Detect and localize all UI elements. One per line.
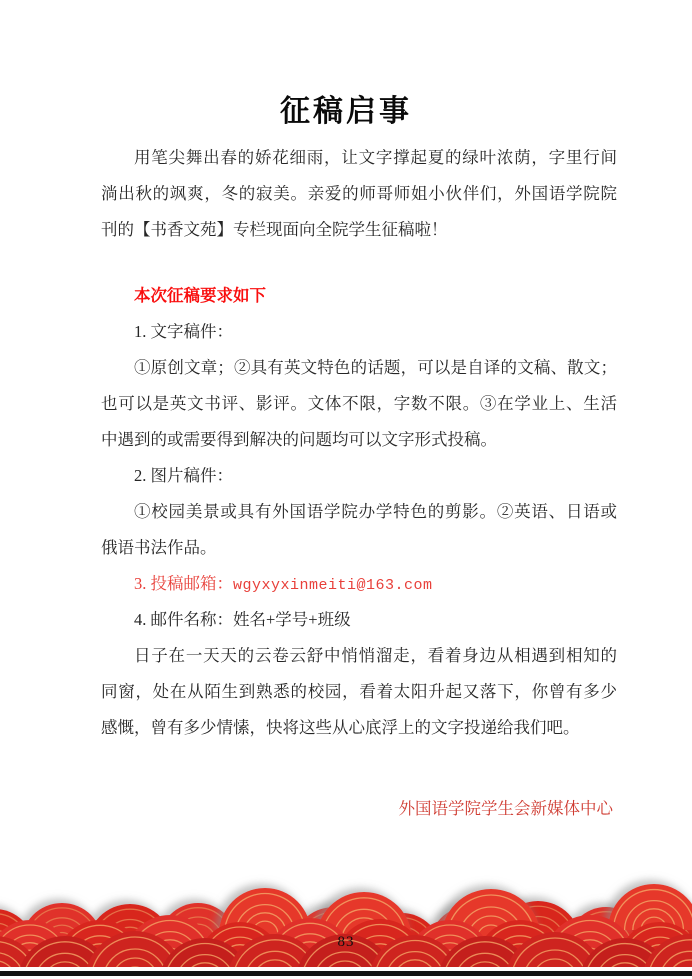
text-line: 2. 图片稿件： — [101, 458, 617, 494]
document-page: 征稿启事 用笔尖舞出春的娇花细雨，让文字撑起夏的绿叶浓荫，字里行间淌出秋的飒爽，… — [0, 0, 692, 979]
document-blocks: 用笔尖舞出春的娇花细雨，让文字撑起夏的绿叶浓荫，字里行间淌出秋的飒爽，冬的寂美。… — [101, 140, 617, 746]
page-number: 83 — [0, 934, 692, 951]
text-line: 中遇到的或需要得到解决的问题均可以文字形式投稿。 — [101, 422, 617, 458]
signature: 外国语学院学生会新媒体中心 — [101, 791, 617, 827]
text-line: 3. 投稿邮箱：wgyxyxinmeiti@163.com — [101, 566, 617, 602]
item-text-manuscript: 1. 文字稿件： — [101, 314, 617, 350]
picture-manuscript-details: ①校园美景或具有外国语学院办学特色的剪影。②英语、日语或俄语书法作品。 — [101, 494, 617, 566]
submission-email-line: 3. 投稿邮箱：wgyxyxinmeiti@163.com — [101, 566, 617, 602]
text-line: 刊的【书香文苑】专栏现面向全院学生征稿啦！ — [101, 212, 617, 248]
page-title: 征稿启事 — [0, 86, 692, 130]
text-line: 日子在一天天的云卷云舒中悄悄溜走，看着身边从相遇到相知的 — [101, 638, 617, 674]
email-title-format-line: 4. 邮件名称：姓名+学号+班级 — [101, 602, 617, 638]
email-address: wgyxyxinmeiti@163.com — [233, 577, 433, 594]
text-line: 感慨，曾有多少情愫，快将这些从心底浮上的文字投递给我们吧。 — [101, 710, 617, 746]
text-line: 1. 文字稿件： — [101, 314, 617, 350]
text-manuscript-details: ①原创文章；②具有英文特色的话题，可以是自译的文稿、散文；也可以是英文书评、影评… — [101, 350, 617, 458]
document-body: 用笔尖舞出春的娇花细雨，让文字撑起夏的绿叶浓荫，字里行间淌出秋的飒爽，冬的寂美。… — [101, 140, 617, 827]
text-line: 同窗，处在从陌生到熟悉的校园，看着太阳升起又落下，你曾有多少 — [101, 674, 617, 710]
text-line: 俄语书法作品。 — [101, 530, 617, 566]
closing-paragraph: 日子在一天天的云卷云舒中悄悄溜走，看着身边从相遇到相知的同窗，处在从陌生到熟悉的… — [101, 638, 617, 746]
requirements-heading: 本次征稿要求如下 — [101, 278, 617, 314]
item-picture-manuscript: 2. 图片稿件： — [101, 458, 617, 494]
text-line: 用笔尖舞出春的娇花细雨，让文字撑起夏的绿叶浓荫，字里行间 — [101, 140, 617, 176]
text-line: 也可以是英文书评、影评。文体不限，字数不限。③在学业上、生活 — [101, 386, 617, 422]
email-label: 3. 投稿邮箱： — [134, 574, 233, 593]
page-bottom-border — [0, 971, 692, 976]
text-line: 淌出秋的飒爽，冬的寂美。亲爱的师哥师姐小伙伴们，外国语学院院 — [101, 176, 617, 212]
text-line: ①原创文章；②具有英文特色的话题，可以是自译的文稿、散文； — [101, 350, 617, 386]
text-line: ①校园美景或具有外国语学院办学特色的剪影。②英语、日语或 — [101, 494, 617, 530]
text-line: 4. 邮件名称：姓名+学号+班级 — [101, 602, 617, 638]
text-line: 本次征稿要求如下 — [101, 278, 617, 314]
intro-paragraph: 用笔尖舞出春的娇花细雨，让文字撑起夏的绿叶浓荫，字里行间淌出秋的飒爽，冬的寂美。… — [101, 140, 617, 248]
